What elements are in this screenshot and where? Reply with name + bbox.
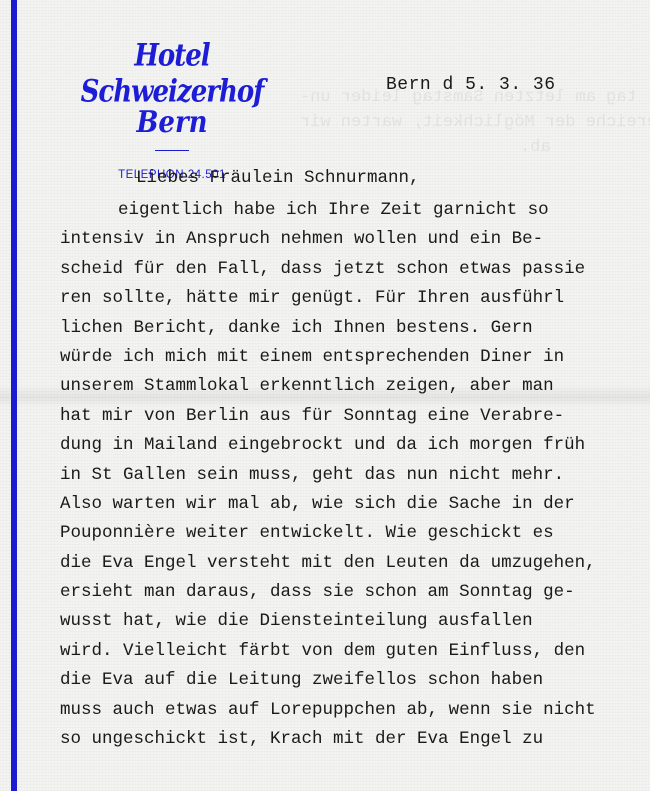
letter-line: ersieht man daraus, dass sie schon am So…	[60, 578, 596, 607]
letter-line: Also warten wir mal ab, wie sich die Sac…	[60, 490, 596, 519]
letter-line: ren sollte, hätte mir genügt. Für Ihren …	[60, 284, 596, 313]
dateline: Bern d 5. 3. 36	[386, 75, 556, 95]
letter-line: lichen Bericht, danke ich Ihnen bestens.…	[60, 314, 596, 343]
letterhead-divider	[155, 150, 189, 151]
letterhead: Hotel Schweizerhof Bern TELEPHON 24.501	[62, 44, 282, 181]
bleedthrough-text: ab.	[520, 138, 551, 157]
letter-line: muss auch etwas auf Lorepuppchen ab, wen…	[60, 696, 596, 725]
letter-line: scheid für den Fall, dass jetzt schon et…	[60, 255, 596, 284]
salutation: Liebes Fräulein Schnurmann,	[136, 168, 420, 188]
letter-line: die Eva Engel versteht mit den Leuten da…	[60, 549, 596, 578]
bleedthrough-text: bedingt im Bereiche der Möglichkeit, war…	[300, 113, 650, 132]
letter-body: eigentlich habe ich Ihre Zeit garnicht s…	[60, 196, 596, 754]
letter-line: in St Gallen sein muss, geht das nun nic…	[60, 461, 596, 490]
margin-rule	[11, 0, 17, 791]
letter-line: intensiv in Anspruch nehmen wollen und e…	[60, 225, 596, 254]
hotel-city: Bern	[62, 106, 282, 141]
letter-line: so ungeschickt ist, Krach mit der Eva En…	[60, 725, 596, 754]
letter-line: Pouponnière weiter entwickelt. Wie gesch…	[60, 519, 596, 548]
letter-line: wird. Vielleicht färbt von dem guten Ein…	[60, 637, 596, 666]
letter-line: eigentlich habe ich Ihre Zeit garnicht s…	[60, 196, 596, 225]
letter-line: hat mir von Berlin aus für Sonntag eine …	[60, 402, 596, 431]
letter-line: unserem Stammlokal erkenntlich zeigen, a…	[60, 372, 596, 401]
letter-line: wusst hat, wie die Diensteinteilung ausf…	[60, 607, 596, 636]
letter-line: würde ich mich mit einem entsprechenden …	[60, 343, 596, 372]
letter-line: dung in Mailand eingebrockt und da ich m…	[60, 431, 596, 460]
letter-line: die Eva auf die Leitung zweifellos schon…	[60, 666, 596, 695]
hotel-name: Hotel Schweizerhof	[62, 38, 282, 110]
